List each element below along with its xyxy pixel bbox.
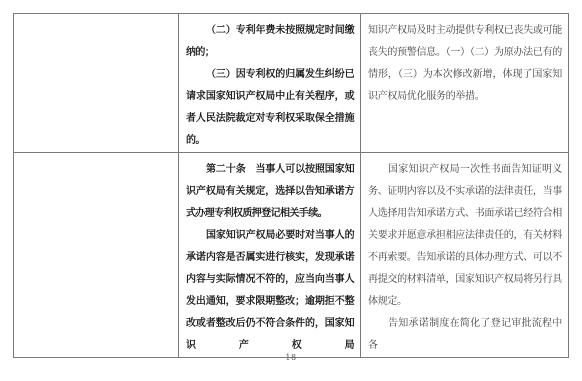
table-cell-r1-empty [14,14,179,153]
table-cell-r2-commentary: 国家知识产权局一次性书面告知证明义务、证明内容以及不实承诺的法律责任，当事人选择… [361,153,569,358]
table-cell-r2-empty [14,153,179,358]
page-number: 18 [0,353,582,362]
table-cell-r2-regulation: 第二十条 当事人可以按照国家知识产权局有关规定，选择以告知承诺方式办理专利权质押… [179,153,361,358]
table-row: 第二十条 当事人可以按照国家知识产权局有关规定，选择以告知承诺方式办理专利权质押… [14,153,569,358]
regulation-paragraph: （三）因专利权的归属发生纠纷已请求国家知识产权局中止有关程序，或者人民法院裁定对… [186,64,354,152]
regulation-paragraph: （二）专利年费未按照规定时间缴纳的； [186,20,354,64]
commentary-paragraph: 知识产权局及时主动提供专利权已丧失或可能丧失的预警信息。（一）（二）为原办法已有… [368,20,562,108]
table-row: （二）专利年费未按照规定时间缴纳的； （三）因专利权的归属发生纠纷已请求国家知识… [14,14,569,153]
comparison-table: （二）专利年费未按照规定时间缴纳的； （三）因专利权的归属发生纠纷已请求国家知识… [13,13,569,358]
commentary-paragraph-truncated: 告知承诺制度在简化了登记审批流程中各 [368,313,562,357]
table-cell-r1-commentary: 知识产权局及时主动提供专利权已丧失或可能丧失的预警信息。（一）（二）为原办法已有… [361,14,569,153]
regulation-paragraph-truncated: 国家知识产权局必要时对当事人的承诺内容是否属实进行核实，发现承诺内容与实际情况不… [186,225,354,357]
document-page: （二）专利年费未按照规定时间缴纳的； （三）因专利权的归属发生纠纷已请求国家知识… [0,0,582,381]
regulation-paragraph: 第二十条 当事人可以按照国家知识产权局有关规定，选择以告知承诺方式办理专利权质押… [186,159,354,225]
table-cell-r1-regulation: （二）专利年费未按照规定时间缴纳的； （三）因专利权的归属发生纠纷已请求国家知识… [179,14,361,153]
commentary-paragraph: 国家知识产权局一次性书面告知证明义务、证明内容以及不实承诺的法律责任，当事人选择… [368,159,562,313]
